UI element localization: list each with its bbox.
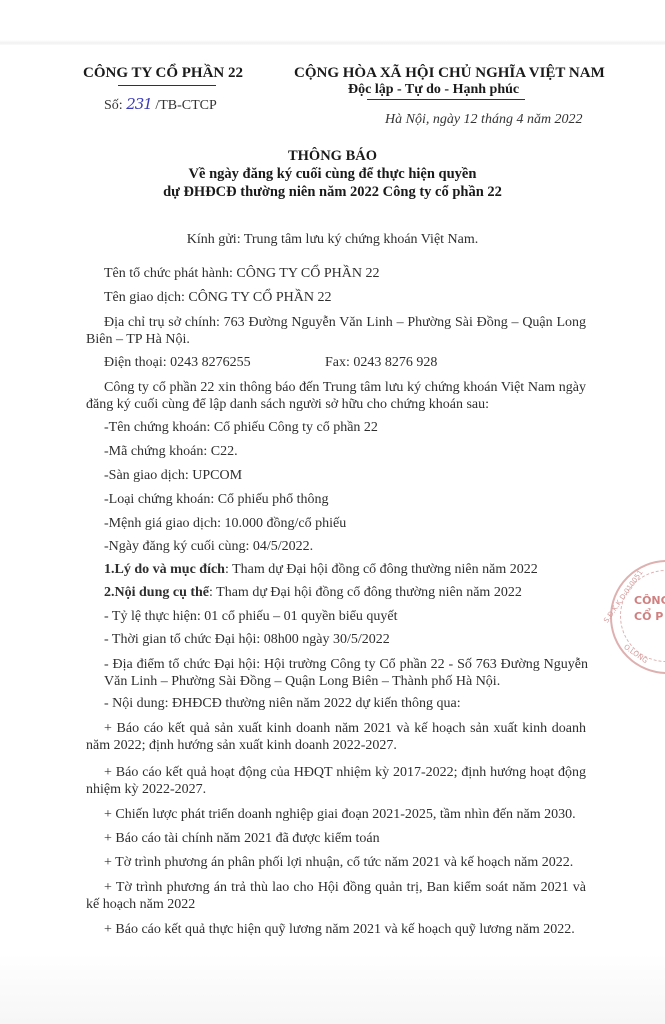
issuer-name: Tên tổ chức phát hành: CÔNG TY CỔ PHẦN 2…: [104, 266, 380, 282]
document-title: THÔNG BÁO: [0, 148, 665, 165]
doc-number-suffix: /TB-CTCP: [155, 98, 216, 113]
section-2-label: 2.Nội dung cụ thể: [104, 585, 209, 600]
stamp-center-line1: CÔNG: [634, 594, 665, 607]
agenda-item: + Báo cáo kết quả sản xuất kinh doanh nă…: [86, 720, 586, 754]
national-motto: Độc lập - Tự do - Hạnh phúc: [348, 82, 519, 98]
section-2-text: : Tham dự Đại hội đồng cổ đông thường ni…: [209, 585, 522, 600]
agenda-item: + Tờ trình phương án phân phối lợi nhuận…: [104, 855, 573, 871]
company-name: CÔNG TY CỔ PHẦN 22: [83, 65, 243, 82]
doc-number-label: Số:: [104, 98, 123, 113]
recipient: Kính gửi: Trung tâm lưu ký chứng khoán V…: [0, 232, 665, 248]
agenda-item: + Báo cáo kết quả hoạt động của HĐQT nhi…: [86, 764, 586, 798]
stamp-center-line2: CỔ P: [634, 610, 663, 623]
section-1-label: 1.Lý do và mục đích: [104, 562, 225, 577]
section-2: 2.Nội dung cụ thể: Tham dự Đại hội đồng …: [104, 585, 522, 601]
doc-number-handwritten: 231: [126, 95, 152, 113]
intro-paragraph: Công ty cổ phần 22 xin thông báo đến Tru…: [86, 379, 586, 413]
ratio: - Tỷ lệ thực hiện: 01 cổ phiếu – 01 quyề…: [104, 609, 398, 625]
security-item: -Mã chứng khoán: C22.: [104, 444, 238, 460]
fax: Fax: 0243 8276 928: [325, 355, 437, 371]
section-1: 1.Lý do và mục đích: Tham dự Đại hội đồn…: [104, 562, 538, 578]
security-item: -Tên chứng khoán: Cổ phiếu Công ty cổ ph…: [104, 420, 378, 436]
content-intro: - Nội dung: ĐHĐCĐ thường niên năm 2022 d…: [104, 696, 461, 712]
agenda-item: + Tờ trình phương án trả thù lao cho Hội…: [86, 879, 586, 913]
security-item: -Sàn giao dịch: UPCOM: [104, 468, 242, 484]
address: Địa chỉ trụ sở chính: 763 Đường Nguyễn V…: [86, 314, 586, 348]
scan-edge-top: [0, 0, 665, 45]
document-subtitle-line2: dự ĐHĐCĐ thường niên năm 2022 Công ty cổ…: [0, 184, 665, 201]
security-item: -Loại chứng khoán: Cổ phiếu phổ thông: [104, 492, 329, 508]
company-underline: [118, 85, 216, 86]
agenda-item: + Chiến lược phát triển doanh nghiệp gia…: [104, 807, 576, 823]
security-item: -Ngày đăng ký cuối cùng: 04/5/2022.: [104, 539, 313, 555]
agenda-item: + Báo cáo tài chính năm 2021 đã được kiể…: [104, 831, 380, 847]
phone: Điện thoại: 0243 8276255: [104, 355, 251, 371]
place-date: Hà Nội, ngày 12 tháng 4 năm 2022: [385, 112, 583, 128]
motto-underline: [367, 99, 525, 100]
section-1-text: : Tham dự Đại hội đồng cổ đông thường ni…: [225, 562, 538, 577]
agenda-item: + Báo cáo kết quả thực hiện quỹ lương nă…: [104, 922, 575, 938]
meeting-venue: - Địa điểm tổ chức Đại hội: Hội trường C…: [104, 656, 588, 690]
scan-edge-bottom: [0, 954, 665, 1024]
republic-heading: CỘNG HÒA XÃ HỘI CHỦ NGHĨA VIỆT NAM: [294, 65, 605, 82]
security-item: -Mệnh giá giao dịch: 10.000 đồng/cổ phiế…: [104, 516, 346, 532]
meeting-time: - Thời gian tổ chức Đại hội: 08h00 ngày …: [104, 632, 390, 648]
document-number: Số: 231 /TB-CTCP: [104, 95, 217, 114]
document-subtitle-line1: Về ngày đăng ký cuối cùng để thực hiện q…: [0, 166, 665, 183]
trade-name: Tên giao dịch: CÔNG TY CỔ PHẦN 22: [104, 290, 332, 306]
company-seal-stamp: S.Đ.K.K.D:010051 O.LONG CÔNG CỔ P: [610, 560, 665, 674]
